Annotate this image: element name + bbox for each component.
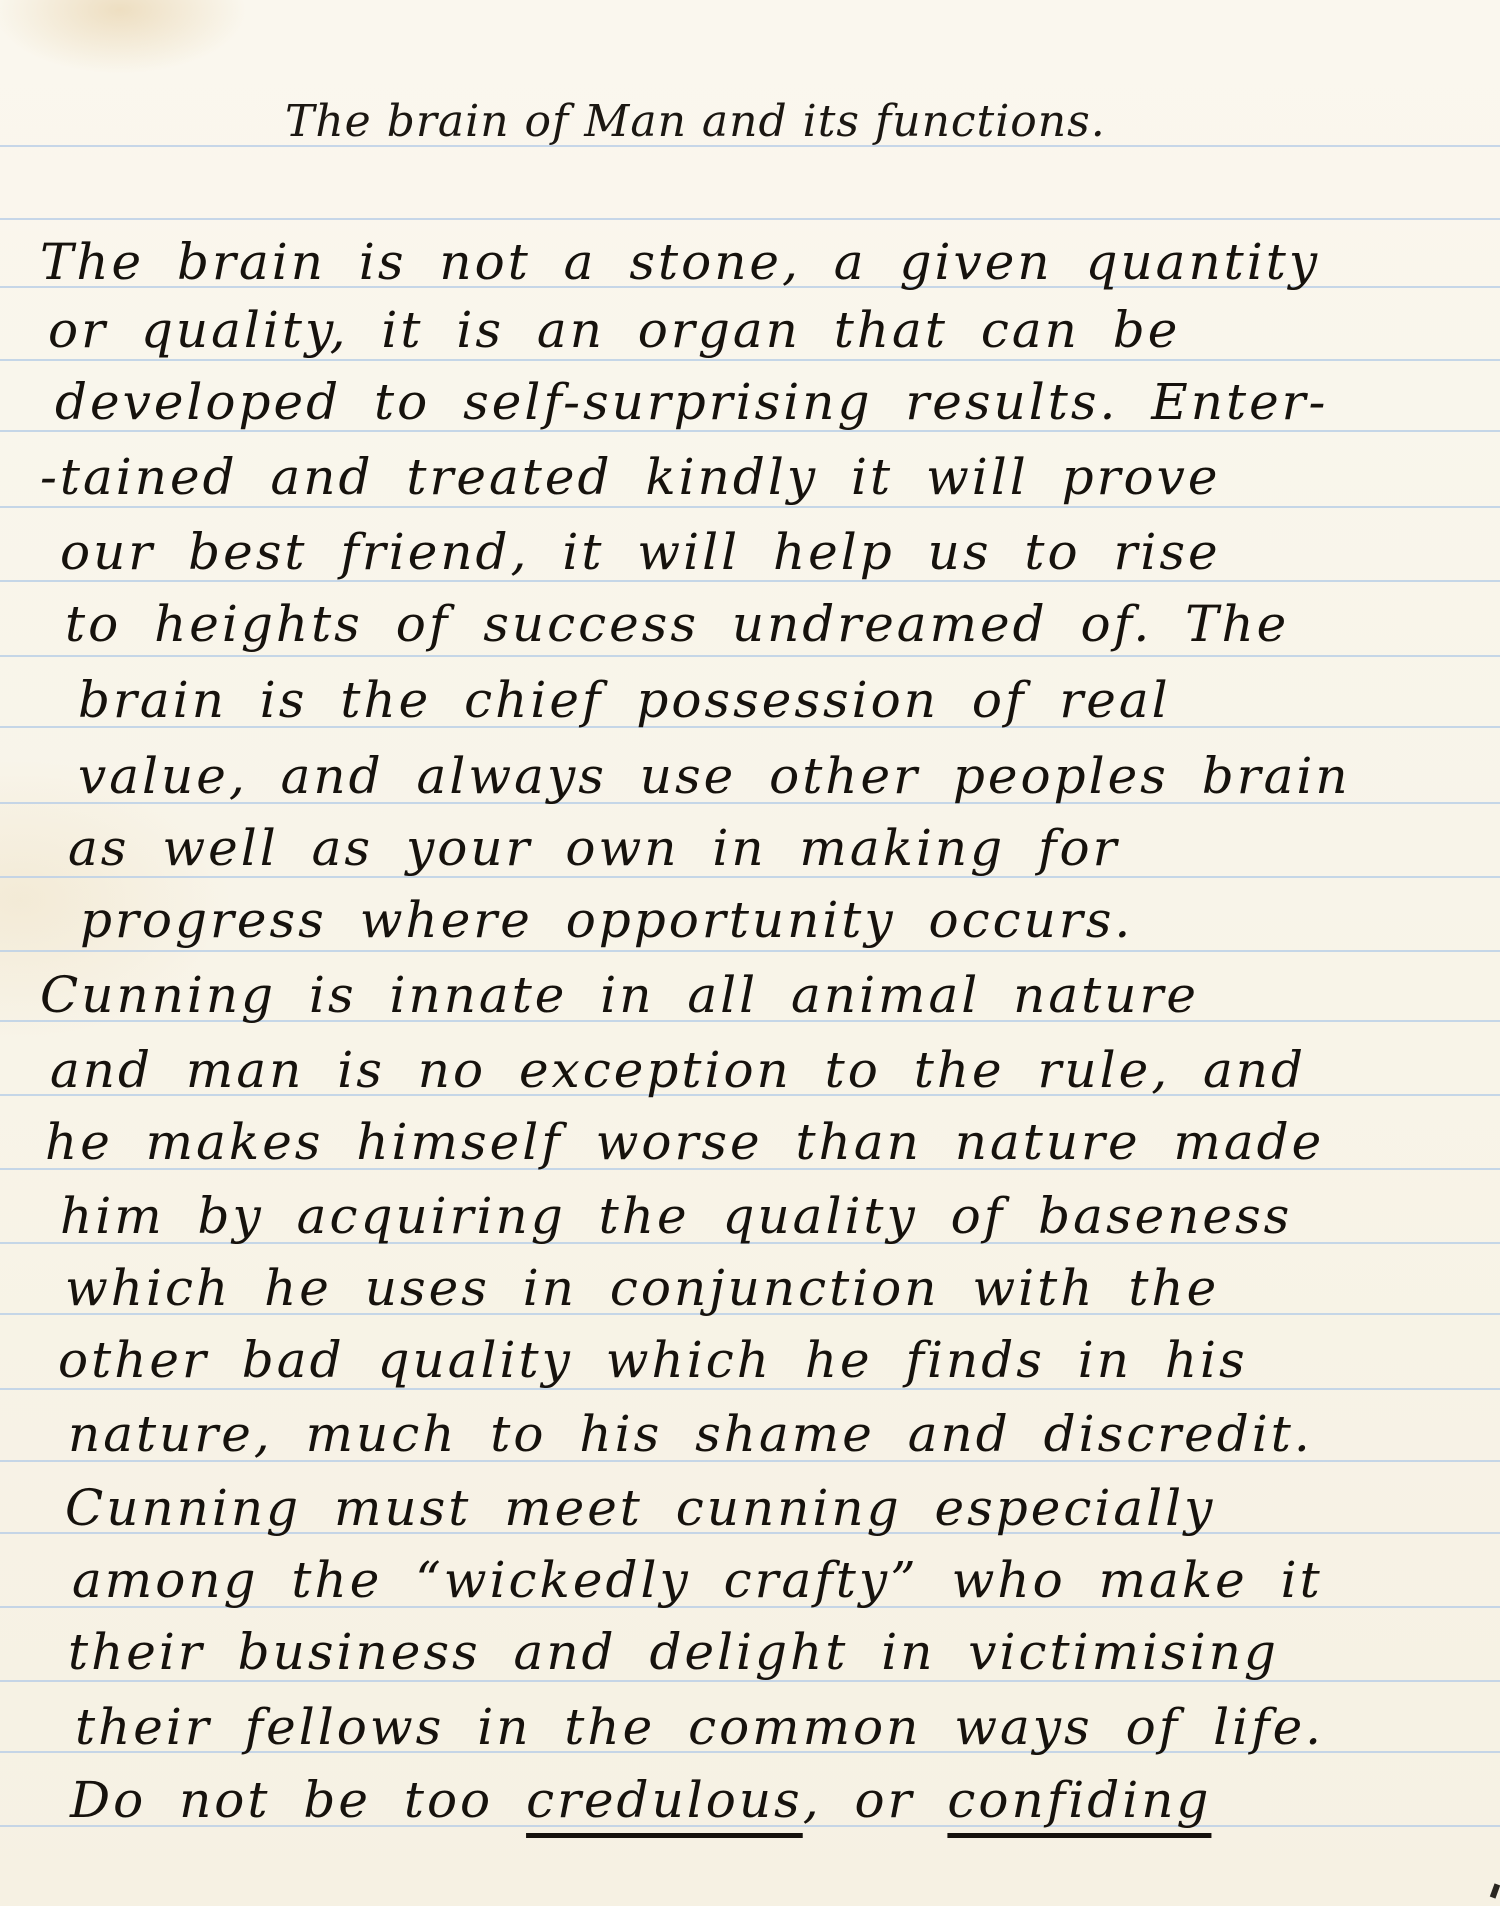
text-line: he makes himself worse than nature made (45, 1112, 1324, 1172)
ruled-line (0, 655, 1500, 657)
text-line: progress where opportunity occurs. (80, 890, 1133, 950)
text-line: and man is no exception to the rule, and (50, 1040, 1306, 1100)
text-segment: Do not be too (70, 1771, 526, 1829)
text-line: The brain is not a stone, a given quanti… (40, 232, 1320, 292)
page-title: The brain of Man and its functions. (285, 96, 1106, 147)
text-line: as well as your own in making for (68, 818, 1120, 878)
text-line: developed to self-surprising results. En… (55, 372, 1328, 432)
underlined-word-credulous: credulous (526, 1771, 803, 1829)
text-line: their fellows in the common ways of life… (75, 1697, 1324, 1757)
ruled-line (0, 950, 1500, 952)
text-line: brain is the chief possession of real (78, 670, 1171, 730)
text-line: Cunning is innate in all animal nature (40, 965, 1199, 1025)
notebook-page: The brain of Man and its functions. The … (0, 0, 1500, 1906)
text-line: Cunning must meet cunning especially (65, 1478, 1215, 1538)
text-line: or quality, it is an organ that can be (48, 300, 1180, 360)
text-line: their business and delight in victimisin… (68, 1622, 1279, 1682)
ruled-line (0, 218, 1500, 220)
text-line: our best friend, it will help us to rise (60, 522, 1221, 582)
text-line: him by acquiring the quality of baseness (60, 1186, 1292, 1246)
text-line: nature, much to his shame and discredit. (68, 1404, 1313, 1464)
text-line: among the “wickedly crafty” who make it (72, 1550, 1323, 1610)
text-line: -tained and treated kindly it will prove (40, 447, 1221, 507)
underlined-word-confiding: confiding (947, 1771, 1211, 1829)
text-line-emphasis: Do not be too credulous, or confiding (70, 1770, 1211, 1830)
text-line: to heights of success undreamed of. The (65, 594, 1289, 654)
text-segment: , or (803, 1771, 948, 1829)
text-line: which he uses in conjunction with the (65, 1258, 1219, 1318)
text-line: value, and always use other peoples brai… (78, 746, 1351, 806)
text-line: other bad quality which he finds in his (58, 1330, 1248, 1390)
ink-mark (1490, 1883, 1500, 1898)
